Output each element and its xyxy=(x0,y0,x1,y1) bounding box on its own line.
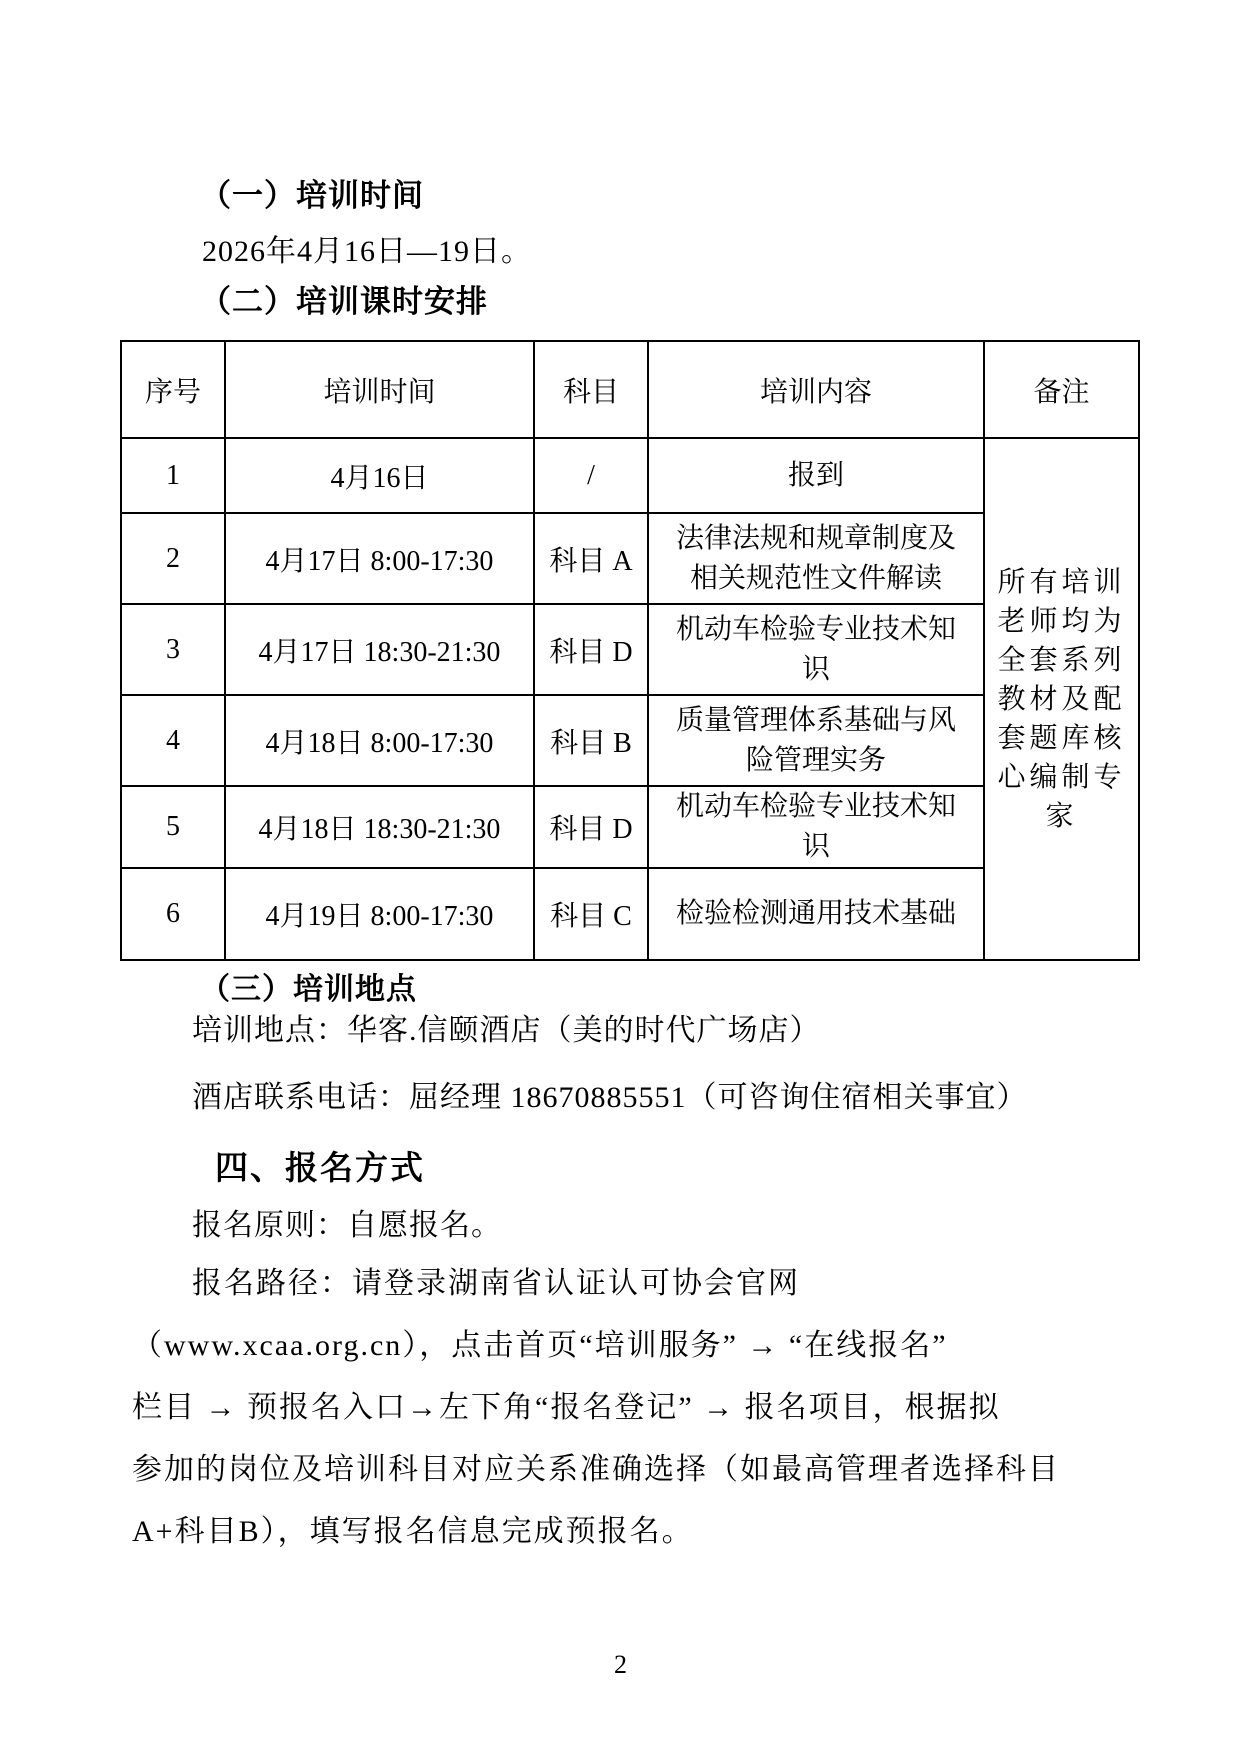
section-3-heading: （三）培训地点 xyxy=(200,970,417,1010)
time-cell: 4月17日 18:30-21:30 xyxy=(225,604,534,695)
time-cell: 4月18日 18:30-21:30 xyxy=(225,786,534,868)
subject-cell: 科目 D xyxy=(534,786,648,868)
section-2-heading: （二）培训课时安排 xyxy=(200,282,488,322)
seq-cell: 5 xyxy=(121,786,225,868)
content-cell: 机动车检验专业技术知 识 xyxy=(648,604,984,695)
document-page: （一）培训时间 2026年4月16日—19日。 （二）培训课时安排 序号 培训时… xyxy=(0,0,1241,1755)
subject-cell: 科目 C xyxy=(534,868,648,960)
header-time: 培训时间 xyxy=(225,341,534,438)
subject-cell: 科目 B xyxy=(534,695,648,786)
subject-cell: 科目 D xyxy=(534,604,648,695)
training-location-text: 培训地点：华客.信颐酒店（美的时代广场店） xyxy=(192,1011,821,1051)
table-header-row: 序号 培训时间 科目 培训内容 备注 xyxy=(121,341,1139,438)
seq-cell: 6 xyxy=(121,868,225,960)
training-dates-text: 2026年4月16日—19日。 xyxy=(202,232,532,272)
seq-cell: 1 xyxy=(121,438,225,513)
seq-cell: 3 xyxy=(121,604,225,695)
page-number: 2 xyxy=(0,1650,1241,1680)
hotel-contact-text: 酒店联系电话：屈经理 18670885551（可咨询住宿相关事宜） xyxy=(192,1078,1028,1118)
section-4-heading: 四、报名方式 xyxy=(215,1146,425,1190)
subject-cell: / xyxy=(534,438,648,513)
header-content: 培训内容 xyxy=(648,341,984,438)
schedule-table: 序号 培训时间 科目 培训内容 备注 1 4月16日 / 报到 所有培训 老师均… xyxy=(120,340,1140,961)
time-cell: 4月16日 xyxy=(225,438,534,513)
header-remark: 备注 xyxy=(984,341,1139,438)
section-1-heading: （一）培训时间 xyxy=(200,176,424,216)
time-cell: 4月18日 8:00-17:30 xyxy=(225,695,534,786)
seq-cell: 2 xyxy=(121,513,225,604)
registration-path-paragraph: 报名路径：请登录湖南省认证认可协会官网 （www.xcaa.org.cn），点击… xyxy=(132,1253,1152,1563)
remark-cell: 所有培训 老师均为 全套系列 教材及配 套题库核 心编制专 家 xyxy=(984,438,1139,960)
content-cell: 机动车检验专业技术知 识 xyxy=(648,786,984,868)
content-cell: 报到 xyxy=(648,438,984,513)
content-cell: 质量管理体系基础与风 险管理实务 xyxy=(648,695,984,786)
content-cell: 检验检测通用技术基础 xyxy=(648,868,984,960)
table-row: 1 4月16日 / 报到 所有培训 老师均为 全套系列 教材及配 套题库核 心编… xyxy=(121,438,1139,513)
time-cell: 4月19日 8:00-17:30 xyxy=(225,868,534,960)
content-cell: 法律法规和规章制度及 相关规范性文件解读 xyxy=(648,513,984,604)
seq-cell: 4 xyxy=(121,695,225,786)
subject-cell: 科目 A xyxy=(534,513,648,604)
registration-principle-text: 报名原则：自愿报名。 xyxy=(192,1206,502,1246)
time-cell: 4月17日 8:00-17:30 xyxy=(225,513,534,604)
header-subject: 科目 xyxy=(534,341,648,438)
header-seq: 序号 xyxy=(121,341,225,438)
